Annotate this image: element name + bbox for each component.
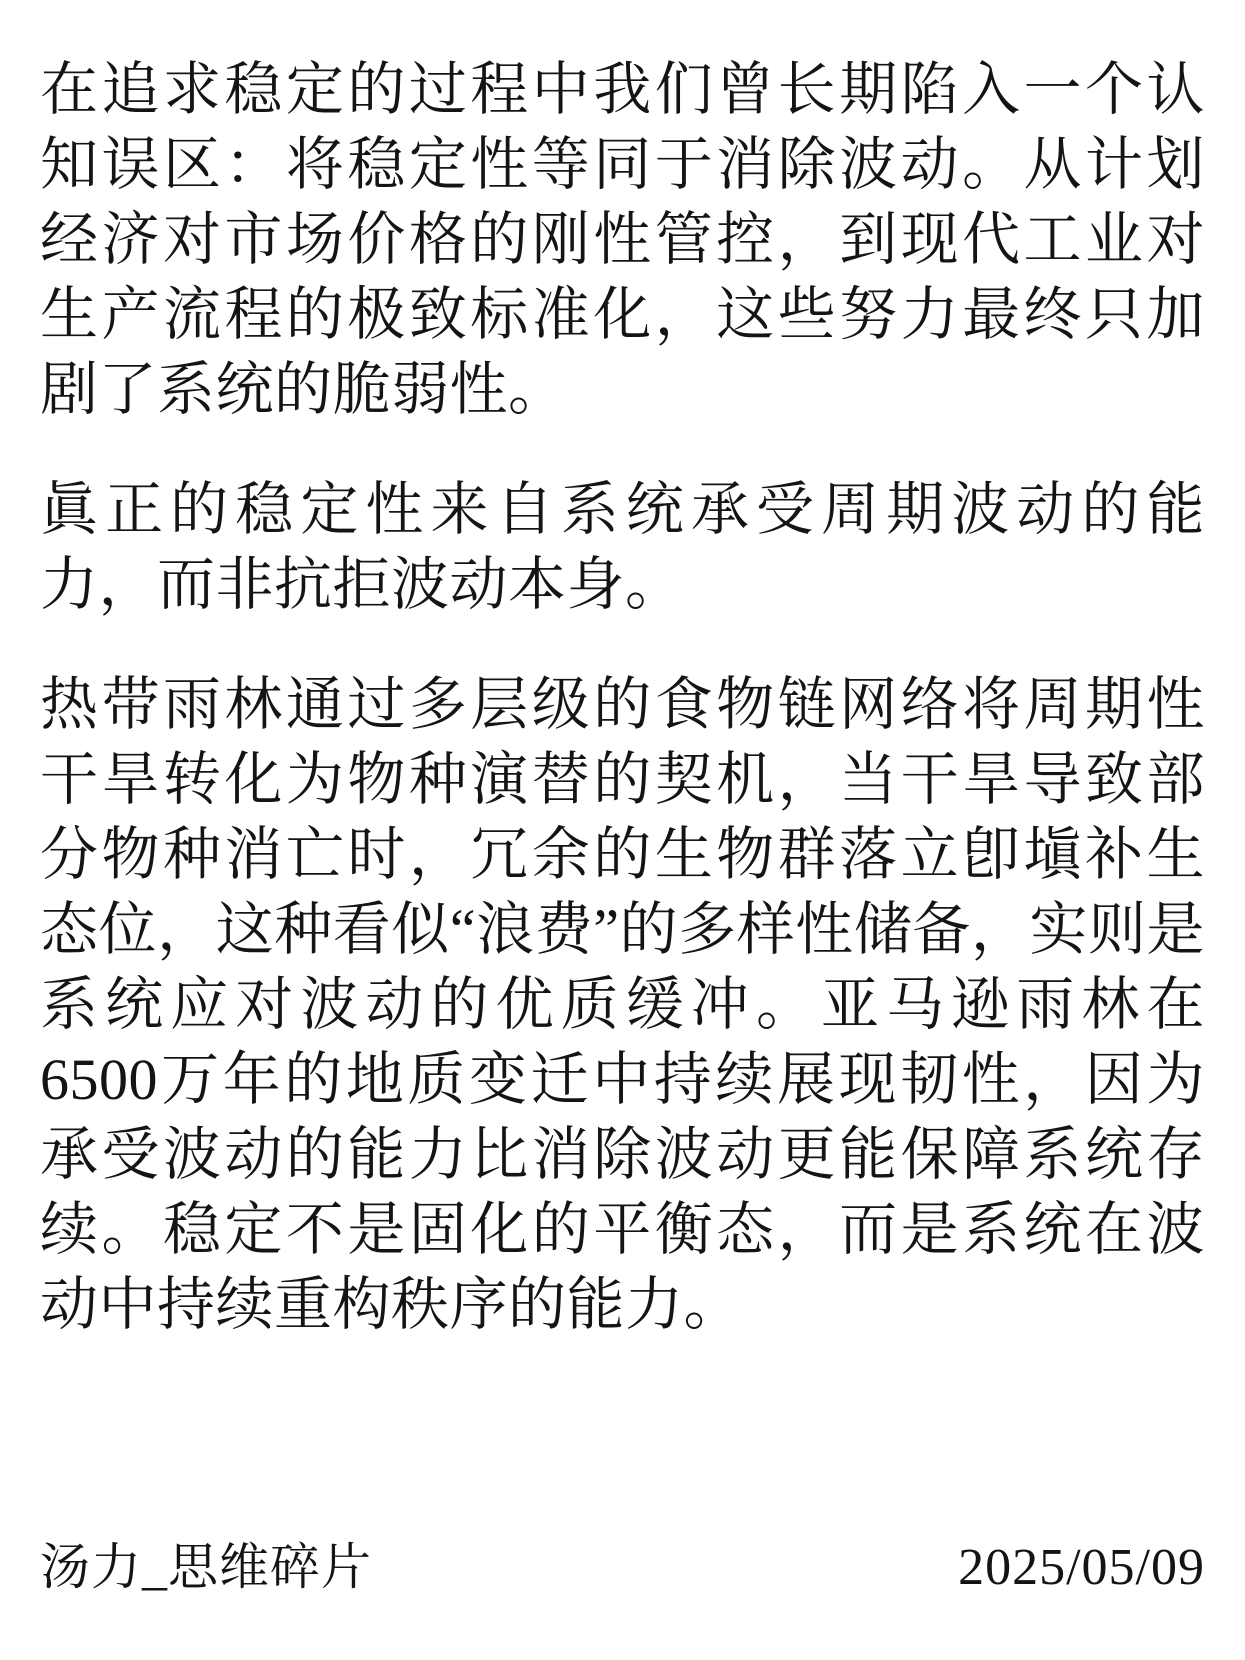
article-body: 在追求稳定的过程中我们曾长期陷入一个认知误区：将稳定性等同于消除波动。从计划经济… xyxy=(40,52,1205,1342)
paragraph: 在追求稳定的过程中我们曾长期陷入一个认知误区：将稳定性等同于消除波动。从计划经济… xyxy=(40,52,1205,427)
author-signature: 汤力_思维碎片 xyxy=(40,1542,372,1592)
footer: 汤力_思维碎片 2025/05/09 xyxy=(40,1542,1205,1594)
text-card: 在追求稳定的过程中我们曾长期陷入一个认知误区：将稳定性等同于消除波动。从计划经济… xyxy=(0,0,1245,1660)
paragraph: 眞正的稳定性来自系统承受周期波动的能力，而非抗拒波动本身。 xyxy=(40,472,1205,622)
date-stamp: 2025/05/09 xyxy=(958,1542,1205,1594)
paragraph: 热带雨林通过多层级的食物链网络将周期性干旱转化为物种演替的契机，当干旱导致部分物… xyxy=(40,667,1205,1342)
